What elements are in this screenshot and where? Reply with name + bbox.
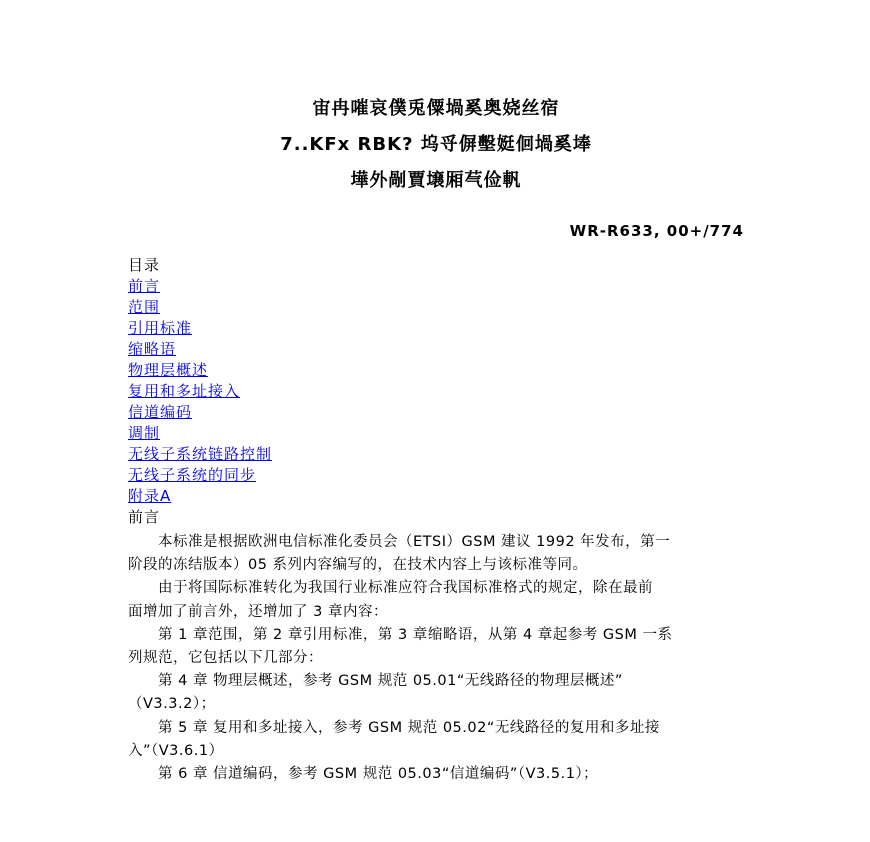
toc-row: 信道编码 <box>128 402 744 423</box>
toc-link-list: 前言范围引用标准缩略语物理层概述复用和多址接入信道编码调制无线子系统链路控制无线… <box>128 276 744 507</box>
paragraph: 第 6 章 信道编码，参考 GSM 规范 05.03“信道编码”（V3.5.1）… <box>128 763 744 786</box>
toc-row: 无线子系统的同步 <box>128 465 744 486</box>
toc-row: 调制 <box>128 423 744 444</box>
toc-link-5[interactable]: 物理层概述 <box>128 361 208 379</box>
toc-link-3[interactable]: 引用标准 <box>128 319 192 337</box>
document-number: WR-R633, 00+/774 <box>128 222 744 241</box>
toc-row: 引用标准 <box>128 318 744 339</box>
toc-link-9[interactable]: 无线子系统链路控制 <box>128 445 272 463</box>
toc-row: 前言 <box>128 276 744 297</box>
paragraph: 本标准是根据欧洲电信标准化委员会（ETSI）GSM 建议 1992 年发布，第一… <box>128 531 744 577</box>
foreword-body: 本标准是根据欧洲电信标准化委员会（ETSI）GSM 建议 1992 年发布，第一… <box>128 531 744 786</box>
toc-row: 复用和多址接入 <box>128 381 744 402</box>
paragraph: 第 4 章 物理层概述，参考 GSM 规范 05.01“无线路径的物理层概述” … <box>128 670 744 716</box>
paragraph: 由于将国际标准转化为我国行业标准应符合我国标准格式的规定，除在最前 面增加了前言… <box>128 577 744 623</box>
title-line-3: 墷外剮賈壌厢芞俭軓 <box>128 171 744 191</box>
section-heading-foreword: 前言 <box>128 507 744 528</box>
toc-link-1[interactable]: 前言 <box>128 277 160 295</box>
toc-link-2[interactable]: 范围 <box>128 298 160 316</box>
toc-row: 附录A <box>128 486 744 507</box>
paragraph: 第 5 章 复用和多址接入，参考 GSM 规范 05.02“无线路径的复用和多址… <box>128 717 744 763</box>
table-of-contents: 目录 前言范围引用标准缩略语物理层概述复用和多址接入信道编码调制无线子系统链路控… <box>128 255 744 507</box>
toc-link-8[interactable]: 调制 <box>128 424 160 442</box>
toc-link-4[interactable]: 缩略语 <box>128 340 176 358</box>
toc-row: 无线子系统链路控制 <box>128 444 744 465</box>
document-page: 宙冉嗺哀僕兎僳堝奚奥娆丝宿 7..KFx RBK? 坞寽偋墼娗佪堝奚埲 墷外剮賈… <box>0 0 870 842</box>
document-title: 宙冉嗺哀僕兎僳堝奚奥娆丝宿 7..KFx RBK? 坞寽偋墼娗佪堝奚埲 墷外剮賈… <box>128 0 744 191</box>
toc-link-11[interactable]: 附录A <box>128 487 171 505</box>
toc-row: 缩略语 <box>128 339 744 360</box>
toc-link-10[interactable]: 无线子系统的同步 <box>128 466 256 484</box>
toc-heading: 目录 <box>128 255 744 276</box>
title-line-1: 宙冉嗺哀僕兎僳堝奚奥娆丝宿 <box>128 99 744 119</box>
toc-row: 物理层概述 <box>128 360 744 381</box>
title-line-2: 7..KFx RBK? 坞寽偋墼娗佪堝奚埲 <box>128 135 744 155</box>
toc-row: 范围 <box>128 297 744 318</box>
paragraph: 第 1 章范围，第 2 章引用标准，第 3 章缩略语，从第 4 章起参考 GSM… <box>128 624 744 670</box>
toc-link-7[interactable]: 信道编码 <box>128 403 192 421</box>
toc-link-6[interactable]: 复用和多址接入 <box>128 382 240 400</box>
